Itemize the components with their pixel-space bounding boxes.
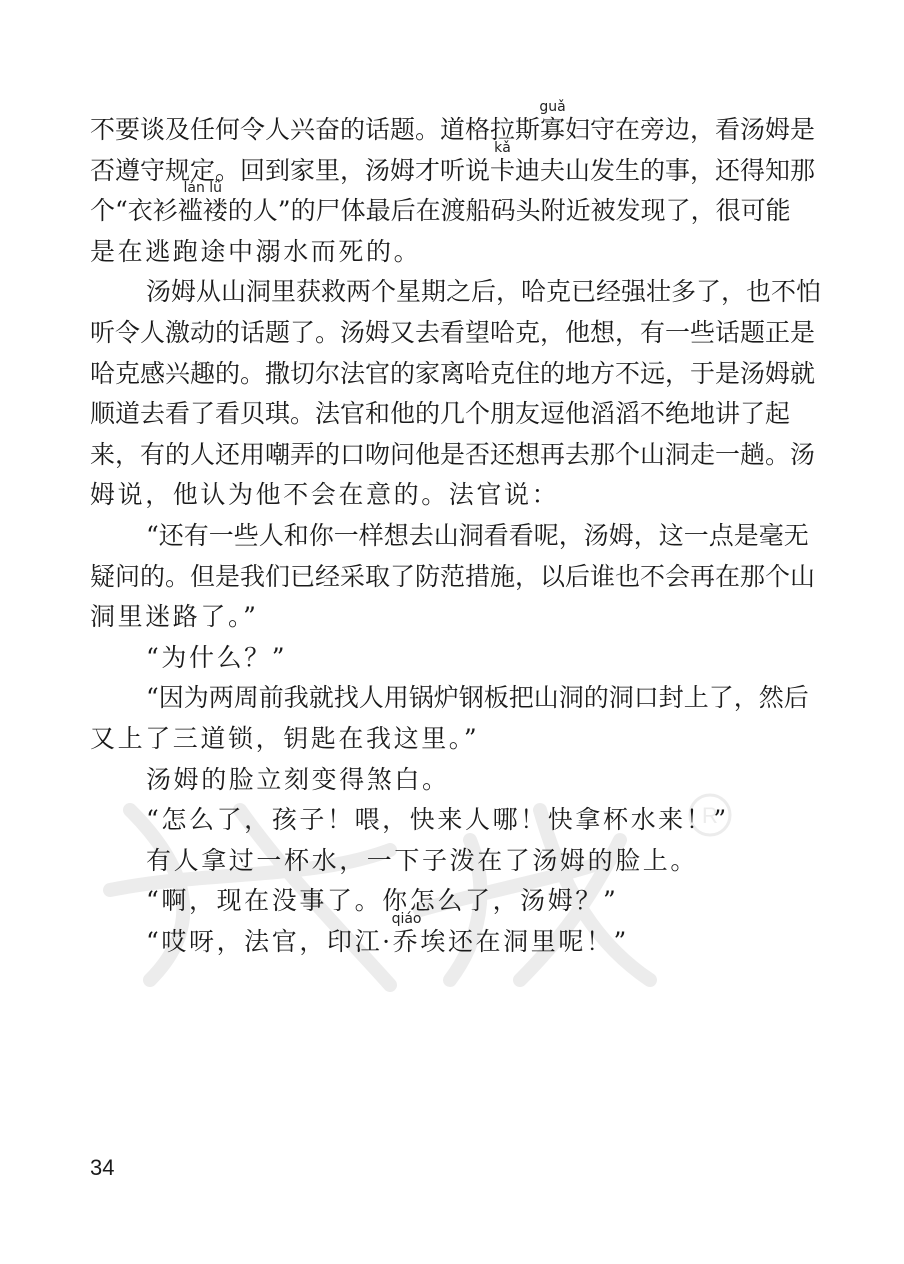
text-line-12: 疑问的。但是我们已经采取了防范措施，以后谁也不会再在那个山: [90, 557, 774, 598]
text-line-16: 又上了三道锁，钥匙在我这里。”: [90, 719, 774, 760]
text-segment: 个“衣衫: [90, 196, 178, 225]
text-line-18: “怎么了，孩子！喂，快来人哪！快拿杯水来！”: [90, 800, 774, 841]
annotated-word: 乔qiáo: [393, 922, 421, 963]
text-line-8: 顺道去看了看贝琪。法官和他的几个朋友逗他滔滔不绝地讲了起: [90, 394, 774, 435]
text-line-9: 来，有的人还用嘲弄的口吻问他是否还想再去那个山洞走一趟。汤: [90, 435, 774, 476]
text-segment: 迪夫山发生的事，还得知那: [515, 156, 815, 185]
annotated-word: 褴褛lán lǚ: [178, 191, 228, 232]
text-line-15: “因为两周前我就找人用锅炉钢板把山洞的洞口封上了，然后: [90, 678, 774, 719]
text-segment: 不要谈及任何令人兴奋的话题。道格拉斯: [90, 115, 540, 144]
pinyin-annotation: qiáo: [392, 912, 422, 926]
text-line-13: 洞里迷路了。”: [90, 597, 774, 638]
ruby-base: 寡: [540, 115, 565, 144]
text-segment: 否遵守规定。回到家里，汤姆才听说: [90, 156, 490, 185]
text-line-20: “啊，现在没事了。你怎么了，汤姆？”: [90, 881, 774, 922]
text-line-19: 有人拿过一杯水，一下子泼在了汤姆的脸上。: [90, 841, 774, 882]
text-segment: 埃还在洞里呢！”: [420, 927, 629, 956]
ruby-base: 卡: [490, 156, 515, 185]
text-line-21: “哎呀，法官，印江·乔qiáo埃还在洞里呢！”: [90, 922, 774, 963]
text-line-14: “为什么？”: [90, 638, 774, 679]
text-line-10: 姆说，他认为他不会在意的。法官说：: [90, 475, 774, 516]
pinyin-annotation: guǎ: [539, 100, 565, 114]
body-text: 不要谈及任何令人兴奋的话题。道格拉斯寡guǎ妇守在旁边，看汤姆是 否遵守规定。回…: [90, 110, 774, 962]
text-segment: 妇守在旁边，看汤姆是: [565, 115, 815, 144]
text-line-5: 汤姆从山洞里获救两个星期之后，哈克已经强壮多了，也不怕: [90, 272, 774, 313]
page-number: 34: [90, 1155, 114, 1181]
annotated-word: 寡guǎ: [540, 110, 565, 151]
text-segment: 的人”的尸体最后在渡船码头附近被发现了，很可能: [228, 196, 791, 225]
ruby-base: 乔: [393, 927, 421, 956]
text-line-7: 哈克感兴趣的。撒切尔法官的家离哈克住的地方不远，于是汤姆就: [90, 354, 774, 395]
text-segment: “哎呀，法官，印江·: [146, 927, 393, 956]
text-line-1: 不要谈及任何令人兴奋的话题。道格拉斯寡guǎ妇守在旁边，看汤姆是: [90, 110, 774, 151]
annotated-word: 卡kǎ: [490, 151, 515, 192]
text-line-11: “还有一些人和你一样想去山洞看看呢，汤姆，这一点是毫无: [90, 516, 774, 557]
text-line-6: 听令人激动的话题了。汤姆又去看望哈克，他想，有一些话题正是: [90, 313, 774, 354]
pinyin-annotation: lán lǚ: [184, 181, 223, 195]
book-page: R 不要谈及任何令人兴奋的话题。道格拉斯寡guǎ妇守在旁边，看汤姆是 否遵守规定…: [0, 0, 904, 1264]
text-line-17: 汤姆的脸立刻变得煞白。: [90, 760, 774, 801]
ruby-base: 褴褛: [178, 196, 228, 225]
text-line-3: 个“衣衫褴褛lán lǚ的人”的尸体最后在渡船码头附近被发现了，很可能: [90, 191, 774, 232]
text-line-4: 是在逃跑途中溺水而死的。: [90, 232, 774, 273]
pinyin-annotation: kǎ: [494, 141, 511, 155]
